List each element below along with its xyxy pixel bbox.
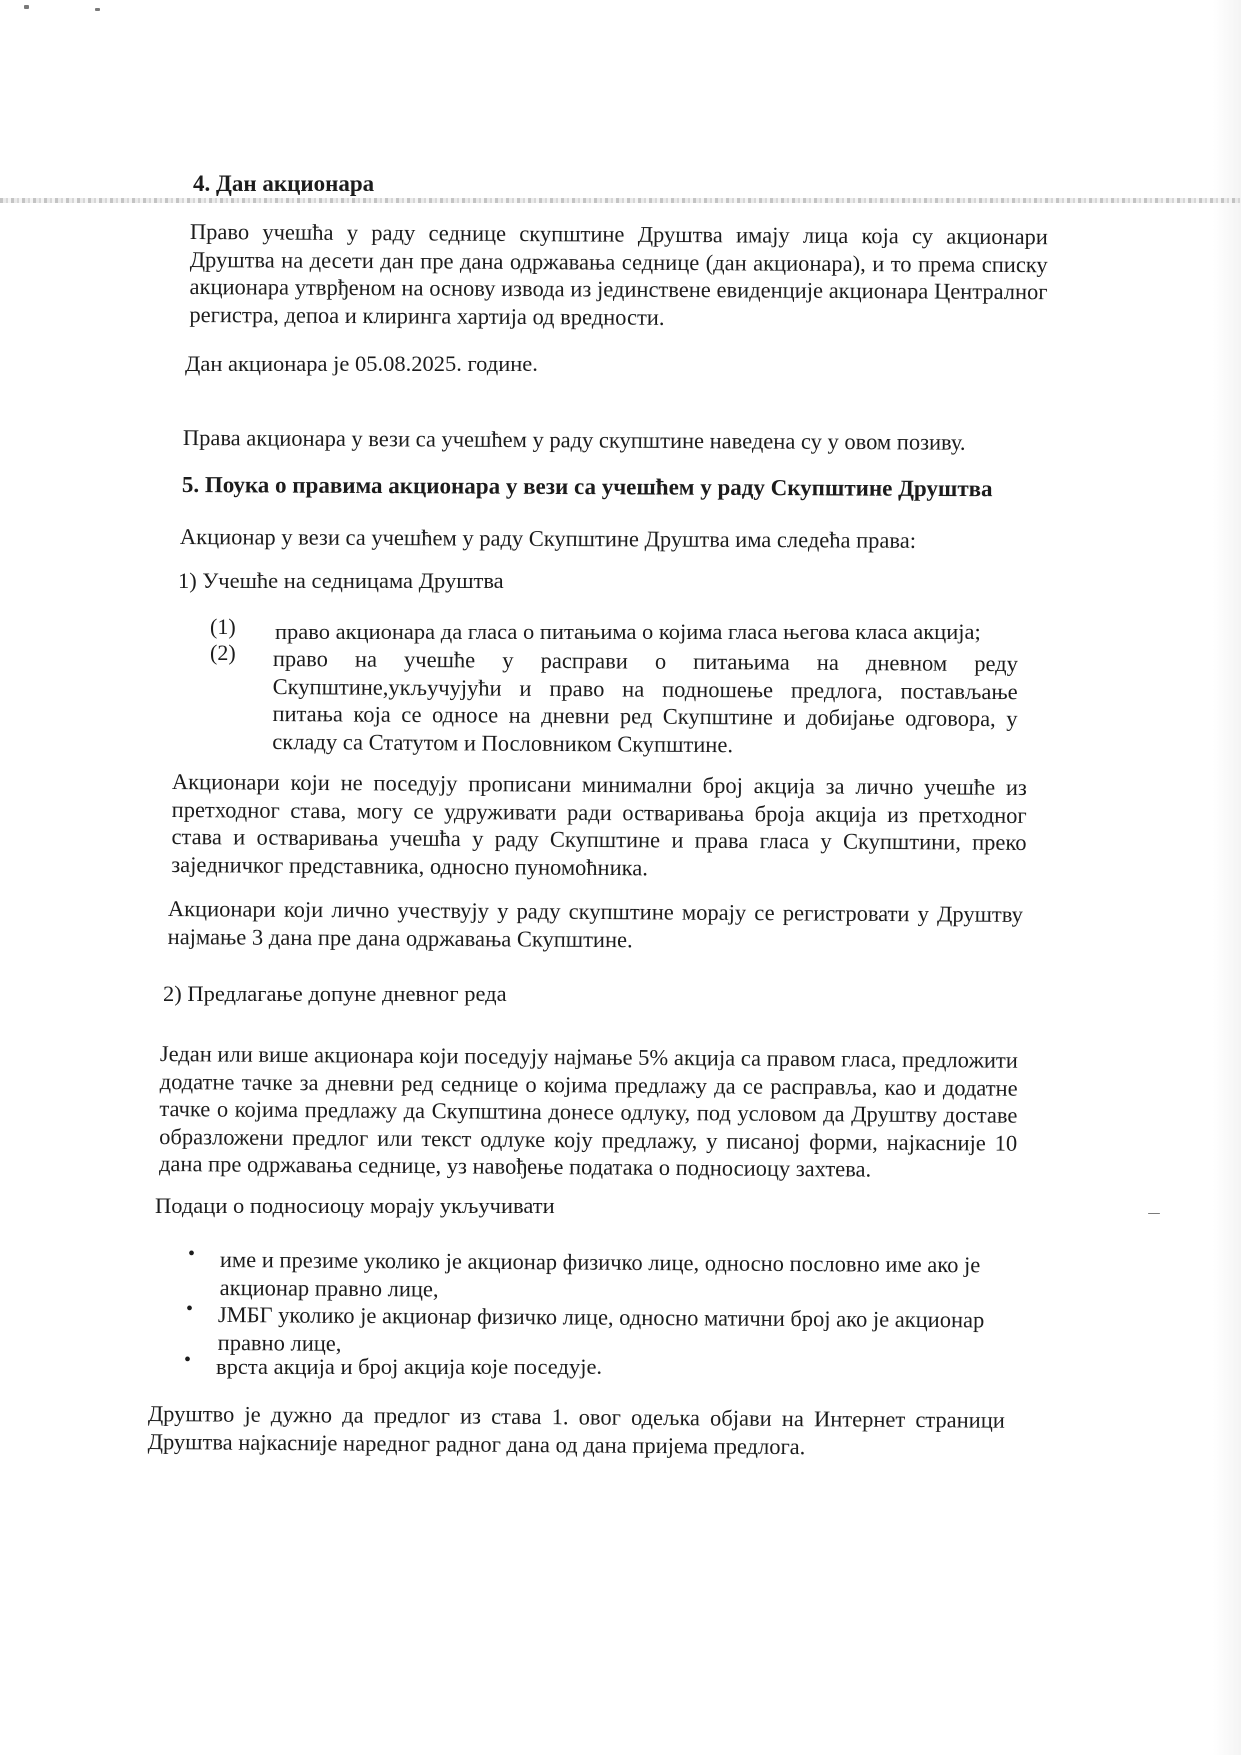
subsection-1-registration-note: Акционари који лично учествују у раду ск… (168, 895, 1023, 956)
numbered-list-item: право акционара да гласа о питањима о ко… (275, 618, 1015, 646)
bullet-icon: • (184, 1349, 191, 1372)
bullet-list-item: врста акција и број акција које поседује… (216, 1353, 1006, 1381)
section-4-rights-note: Права акционара у вези са учешћем у раду… (183, 424, 1063, 457)
applicant-data-intro: Подаци о подносиоцу морају укључивати (155, 1192, 855, 1220)
shareholder-day-date: Дан акционара је 05.08.2025. године. (185, 350, 985, 378)
scan-artifact-line (0, 198, 1241, 203)
closing-paragraph: Друштво је дужно да предлог из става 1. … (148, 1400, 1005, 1462)
scan-speck (1148, 1213, 1160, 1214)
scan-edge-shadow (1213, 0, 1241, 1755)
subsection-1-paragraph: Акционари који не поседују прописани мин… (171, 768, 1027, 884)
scanned-document-page: 4. Дан акционара Право учешћа у раду сед… (0, 0, 1241, 1755)
bullet-icon: • (188, 1243, 195, 1266)
section-5-heading: 5. Поука о правима акционара у вези са у… (182, 471, 1062, 503)
numbered-list-item: право на учешће у расправи о питањима на… (272, 645, 1018, 760)
subsection-1-title: 1) Учешће на седницама Друштва (178, 567, 778, 595)
list-number: (1) (210, 614, 236, 640)
section-4-paragraph: Право учешћа у раду седнице скупштине Др… (189, 218, 1048, 333)
subsection-2-paragraph: Један или више акционара који поседују н… (159, 1040, 1018, 1184)
bullet-list-item: име и презиме уколико је акционар физичк… (220, 1246, 1010, 1307)
section-4-heading: 4. Дан акционара (193, 170, 693, 198)
scan-speck (24, 5, 29, 9)
bullet-icon: • (186, 1298, 193, 1321)
list-number: (2) (210, 640, 236, 666)
scan-speck (95, 8, 100, 11)
subsection-2-title: 2) Предлагање допуне дневног реда (163, 980, 763, 1008)
section-5-intro: Акционар у вези са учешћем у раду Скупшт… (180, 523, 1060, 555)
